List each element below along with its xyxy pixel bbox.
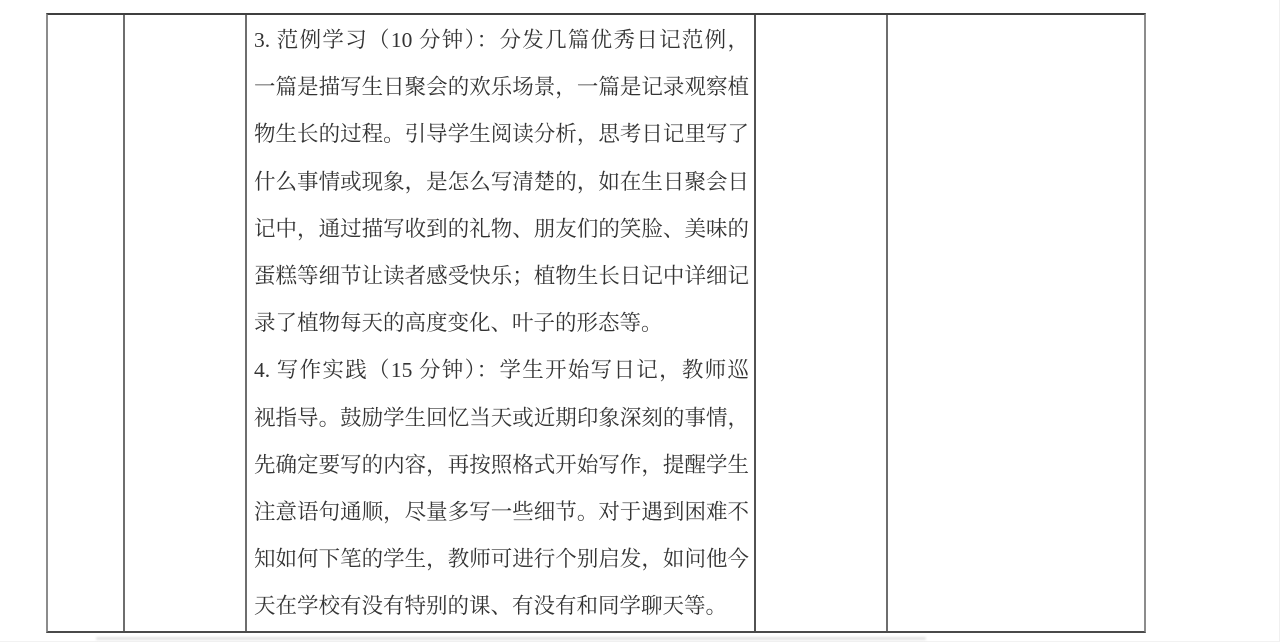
table-cell-teaching-process: 3. 范例学习（10 分钟）：分发几篇优秀日记范例，一篇是描写生日聚会的欢乐场景… [247,15,756,631]
lesson-plan-text-line: 录了植物每天的高度变化、叶子的形态等。 [254,300,749,347]
table-cell-empty-4 [888,15,1144,631]
lesson-plan-text-line: 记中，通过描写收到的礼物、朋友们的笑脸、美味的 [254,206,749,253]
lesson-plan-text-line: 4. 写作实践（15 分钟）：学生开始写日记，教师巡 [254,347,749,394]
lesson-plan-text-line: 一篇是描写生日聚会的欢乐场景，一篇是记录观察植 [254,64,749,111]
lesson-plan-text-line: 先确定要写的内容，再按照格式开始写作，提醒学生 [254,442,749,489]
lesson-plan-text-line: 什么事情或现象，是怎么写清楚的，如在生日聚会日 [254,159,749,206]
lesson-plan-table: 3. 范例学习（10 分钟）：分发几篇优秀日记范例，一篇是描写生日聚会的欢乐场景… [46,13,1146,633]
lesson-plan-text-line: 视指导。鼓励学生回忆当天或近期印象深刻的事情， [254,395,749,442]
scan-shadow-artifact [96,637,926,640]
table-cell-empty-3 [756,15,888,631]
lesson-plan-text-line: 天在学校有没有特别的课、有没有和同学聊天等。 [254,583,749,630]
document-page: 3. 范例学习（10 分钟）：分发几篇优秀日记范例，一篇是描写生日聚会的欢乐场景… [0,0,1280,642]
table-cell-empty-1 [48,15,125,631]
lesson-plan-text-line: 物生长的过程。引导学生阅读分析，思考日记里写了 [254,111,749,158]
table-cell-empty-2 [125,15,247,631]
lesson-plan-text-line: 3. 范例学习（10 分钟）：分发几篇优秀日记范例， [254,17,749,64]
lesson-plan-text-line: 知如何下笔的学生，教师可进行个别启发，如问他今 [254,536,749,583]
lesson-plan-text-line: 蛋糕等细节让读者感受快乐；植物生长日记中详细记 [254,253,749,300]
lesson-plan-text-line: 注意语句通顺，尽量多写一些细节。对于遇到困难不 [254,489,749,536]
